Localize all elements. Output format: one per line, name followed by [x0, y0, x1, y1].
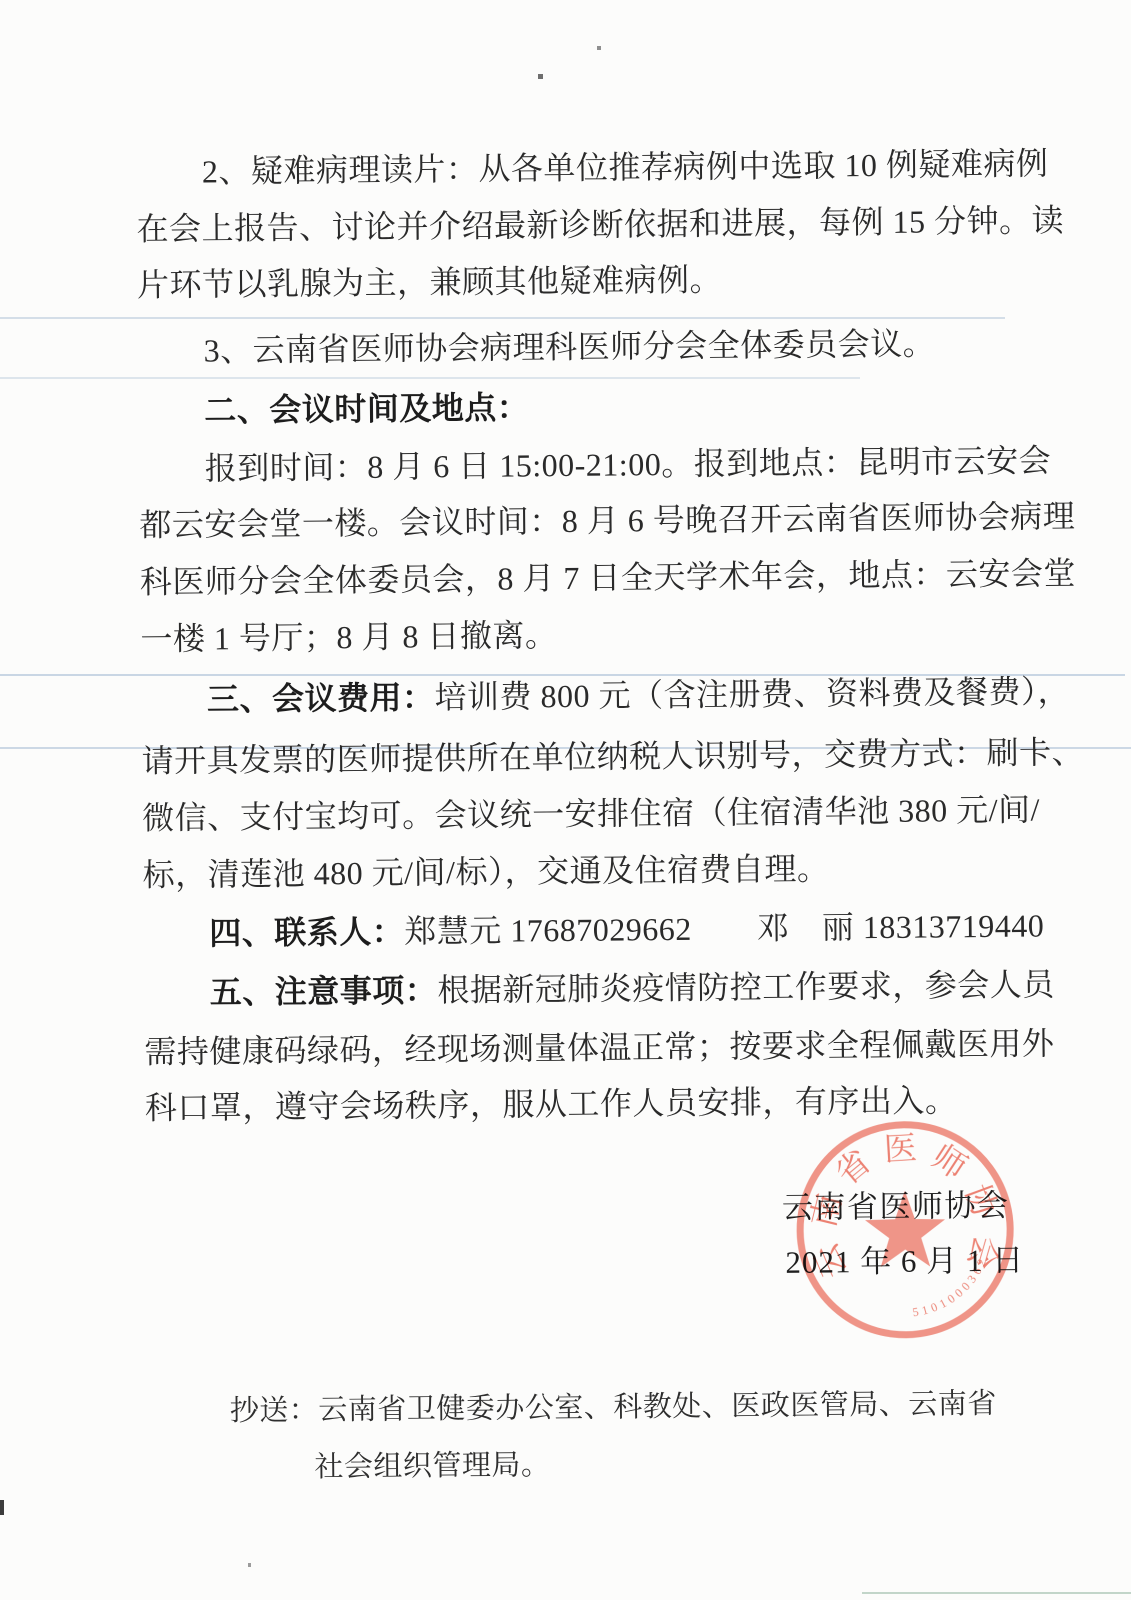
seal-serial-number: 5101000362: [902, 1250, 1001, 1320]
line-text: 在会上报告、讨论并介绍最新诊断依据和进展，每例 15 分钟。读: [136, 202, 1064, 247]
line-text: 标，清莲池 480 元/间/标），交通及住宿费自理。: [143, 850, 830, 893]
cc-line-2: 社会组织管理局。: [314, 1442, 550, 1485]
document-line: 五、注意事项：根据新冠肺炎疫情防控工作要求，参会人员: [210, 964, 1055, 1012]
document-line: 请开具发票的医师提供所在单位纳税人识别号，交费方式：刷卡、: [141, 732, 1084, 781]
line-text: 请开具发票的医师提供所在单位纳税人识别号，交费方式：刷卡、: [141, 734, 1084, 779]
line-bold-lead: 二、会议时间及地点：: [204, 389, 529, 428]
line-text: 微信、支付宝均可。会议统一安排住宿（住宿清华池 380 元/间/: [142, 791, 1040, 836]
line-text: 培训费 800 元（含注册费、资料费及餐费），: [434, 673, 1070, 715]
document-line: 需持健康码绿码，经现场测量体温正常；按要求全程佩戴医用外: [144, 1023, 1054, 1072]
document-line: 四、联系人：郑慧元 17687029662 邓 丽 18313719440: [209, 905, 1044, 953]
line-text: 根据新冠肺炎疫情防控工作要求，参会人员: [437, 966, 1055, 1008]
line-text: 3、云南省医师协会病理科医师分会全体委员会议。: [203, 325, 935, 368]
document-line: 报到时间：8 月 6 日 15:00-21:00。报到地点：昆明市云安会: [205, 440, 1052, 488]
line-text: 需持健康码绿码，经现场测量体温正常；按要求全程佩戴医用外: [144, 1025, 1054, 1070]
document-content: 2、疑难病理读片：从各单位推荐病例中选取 10 例疑难病例在会上报告、讨论并介绍…: [0, 0, 1131, 1600]
document-body: 2、疑难病理读片：从各单位推荐病例中选取 10 例疑难病例在会上报告、讨论并介绍…: [0, 0, 1123, 5]
official-seal-stamp: 云南省医师协会 5101000362: [782, 1107, 1028, 1353]
document-line: 二、会议时间及地点：: [204, 387, 529, 430]
document-line: 科医师分会全体委员会，8 月 7 日全天学术年会，地点：云安会堂: [140, 553, 1076, 602]
seal-star-icon: [865, 1190, 946, 1267]
document-line: 2、疑难病理读片：从各单位推荐病例中选取 10 例疑难病例: [202, 143, 1049, 191]
line-bold-lead: 五、注意事项：: [210, 972, 438, 1010]
line-text: 2、疑难病理读片：从各单位推荐病例中选取 10 例疑难病例: [202, 145, 1049, 189]
document-line: 都云安会堂一楼。会议时间：8 月 6 号晚召开云南省医师协会病理: [139, 496, 1075, 545]
document-line: 微信、支付宝均可。会议统一安排住宿（住宿清华池 380 元/间/: [142, 789, 1040, 838]
document-line: 3、云南省医师协会病理科医师分会全体委员会议。: [203, 323, 935, 370]
line-bold-lead: 四、联系人：: [209, 914, 404, 952]
scan-speck: [0, 1500, 4, 1515]
document-line: 片环节以乳腺为主，兼顾其他疑难病例。: [137, 259, 722, 305]
line-text: 郑慧元 17687029662 邓 丽 18313719440: [404, 907, 1044, 949]
scanned-document-page: 2、疑难病理读片：从各单位推荐病例中选取 10 例疑难病例在会上报告、讨论并介绍…: [0, 0, 1131, 1600]
line-text: 科医师分会全体委员会，8 月 7 日全天学术年会，地点：云安会堂: [140, 555, 1076, 600]
document-line: 一楼 1 号厅；8 月 8 日撤离。: [140, 615, 557, 659]
line-bold-lead: 三、会议费用：: [207, 679, 435, 717]
document-line: 在会上报告、讨论并介绍最新诊断依据和进展，每例 15 分钟。读: [136, 200, 1064, 249]
line-text: 一楼 1 号厅；8 月 8 日撤离。: [140, 617, 557, 657]
line-text: 报到时间：8 月 6 日 15:00-21:00。报到地点：昆明市云安会: [205, 442, 1052, 486]
line-text: 片环节以乳腺为主，兼顾其他疑难病例。: [137, 261, 722, 303]
document-line: 三、会议费用：培训费 800 元（含注册费、资料费及餐费），: [207, 671, 1070, 719]
seal-group: 云南省医师协会 5101000362: [782, 1107, 1028, 1353]
document-line: 标，清莲池 480 元/间/标），交通及住宿费自理。: [143, 848, 830, 895]
line-text: 都云安会堂一楼。会议时间：8 月 6 号晚召开云南省医师协会病理: [139, 498, 1075, 543]
cc-line-1: 抄送：云南省卫健委办公室、科教处、医政医管局、云南省: [230, 1381, 997, 1429]
